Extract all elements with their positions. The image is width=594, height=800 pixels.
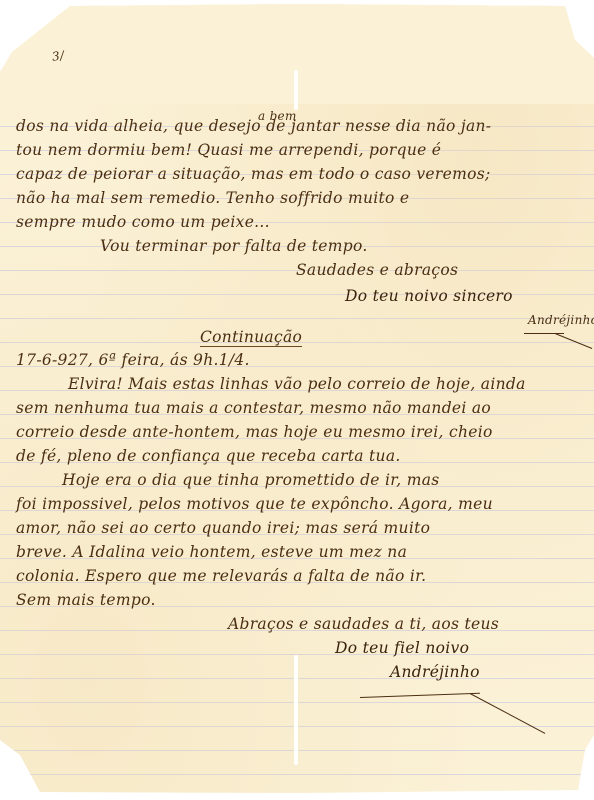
signature: Andréjinho xyxy=(390,660,480,684)
text-line: Hoje era o dia que tinha promettido de i… xyxy=(62,468,440,492)
text-line: breve. A Idalina veio hontem, esteve um … xyxy=(16,540,407,564)
closing-line: Vou terminar por falta de tempo. xyxy=(100,234,368,258)
text-line: colonia. Espero que me relevarás a falta… xyxy=(16,564,426,588)
text-line: sem nenhuma tua mais a contestar, mesmo … xyxy=(16,396,491,420)
paper-tear-bottom xyxy=(294,655,298,765)
continuation-heading: Continuação xyxy=(200,325,302,349)
text-line: amor, não sei ao certo quando irei; mas … xyxy=(16,516,430,540)
text-line: dos na vida alheia, que desejo de jantar… xyxy=(16,114,491,138)
text-line: foi impossivel, pelos motivos que te exp… xyxy=(16,492,493,516)
text-line: sempre mudo como um peixe... xyxy=(16,210,270,234)
text-line: tou nem dormiu bem! Quasi me arrependi, … xyxy=(16,138,441,162)
date-line: 17-6-927, 6ª feira, ás 9h.1/4. xyxy=(16,348,250,372)
greeting: Saudades e abraços xyxy=(296,258,458,282)
greeting: Abraços e saudades a ti, aos teus xyxy=(228,612,499,636)
text-line: correio desde ante-hontem, mas hoje eu m… xyxy=(16,420,493,444)
text-line: Sem mais tempo. xyxy=(16,588,156,612)
signature: Andréjinho xyxy=(528,308,594,332)
text-line: Elvira! Mais estas linhas vão pelo corre… xyxy=(68,372,526,396)
text-line: não ha mal sem remedio. Tenho soffrido m… xyxy=(16,186,409,210)
text-line: capaz de peiorar a situação, mas em todo… xyxy=(16,162,490,186)
valediction: Do teu noivo sincero xyxy=(345,284,513,308)
text-line: de fé, pleno de confiança que receba car… xyxy=(16,444,401,468)
valediction: Do teu fiel noivo xyxy=(335,636,469,660)
